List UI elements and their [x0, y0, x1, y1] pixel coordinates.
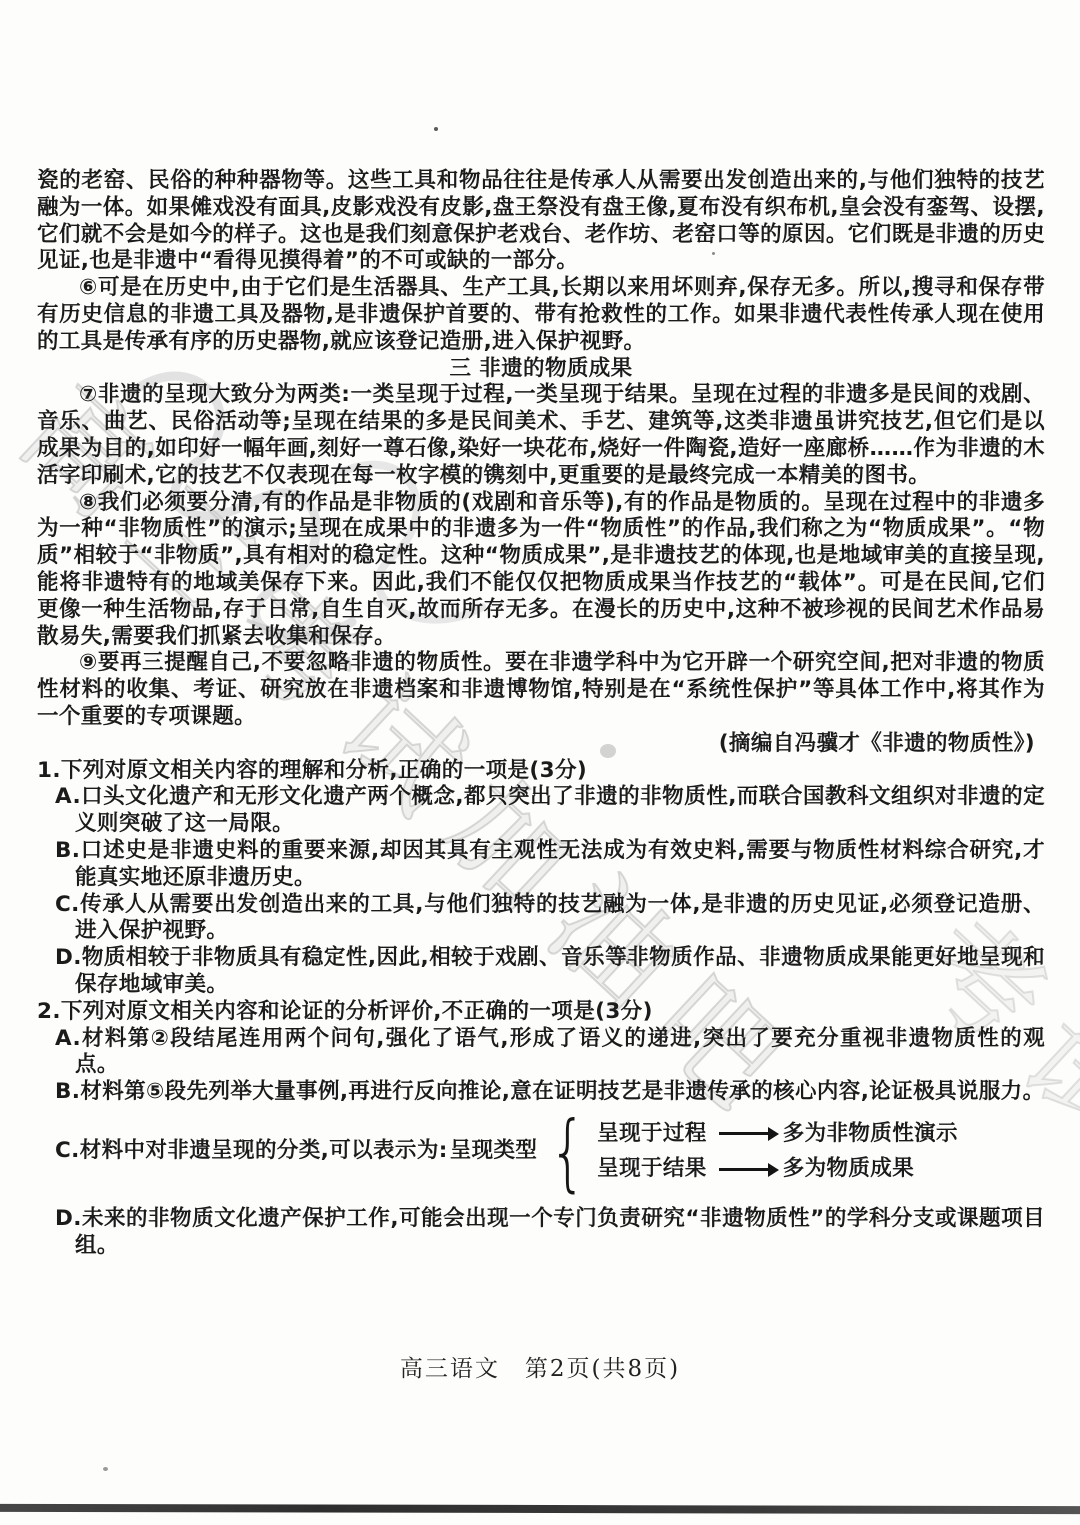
presentation-type-diagram: 呈现类型 { 呈现于过程 多为非物质性演示 呈现于结果 多为物质成果: [448, 1110, 958, 1194]
question-1-option-a: A.口头文化遗产和无形文化遗产两个概念,都只突出了非遗的非物质性,而联合国教科文…: [37, 784, 1045, 838]
source-attribution: (摘编自冯骥才《非遗的物质性》): [37, 731, 1045, 758]
page-footer: 高三语文 第2页(共8页): [0, 1350, 1080, 1383]
passage-paragraph-7: ⑦非遗的呈现大致分为两类:一类呈现于过程,一类呈现于结果。呈现在过程的非遗多是民…: [37, 382, 1045, 489]
diagram-row-process: 呈现于过程 多为非物质性演示: [597, 1121, 958, 1148]
section-heading: 三 非遗的物质成果: [37, 356, 1045, 383]
passage-paragraph-9: ⑨要再三提醒自己,不要忽略非遗的物质性。要在非遗学科中为它开辟一个研究空间,把对…: [37, 650, 1045, 730]
scan-speck: [434, 127, 438, 131]
scan-speck: [626, 961, 629, 964]
question-2-option-c: C.材料中对非遗呈现的分类,可以表示为: 呈现类型 { 呈现于过程 多为非物质性…: [37, 1110, 1045, 1194]
scan-speck: [103, 1467, 108, 1471]
diagram-label: 呈现类型: [448, 1138, 538, 1165]
diagram-rows: 呈现于过程 多为非物质性演示 呈现于结果 多为物质成果: [597, 1121, 958, 1184]
question-2-option-a: A.材料第②段结尾连用两个问句,强化了语气,形成了语义的递进,突出了要充分重视非…: [37, 1026, 1045, 1080]
diagram-row-2-left: 呈现于结果: [597, 1156, 707, 1183]
question-2-option-d: D.未来的非物质文化遗产保护工作,可能会出现一个专门负责研究“非遗物质性”的学科…: [37, 1206, 1045, 1260]
passage-paragraph-6: ⑥可是在历史中,由于它们是生活器具、生产工具,长期以来用坏则弃,保存无多。所以,…: [37, 275, 1045, 355]
left-brace-icon: {: [549, 1110, 587, 1194]
question-2-option-c-text: C.材料中对非遗呈现的分类,可以表示为:: [37, 1138, 448, 1165]
passage-paragraph-continuation: 瓷的老窑、民俗的种种器物等。这些工具和物品往往是传承人从需要出发创造出来的,与他…: [37, 168, 1045, 275]
passage-paragraph-8: ⑧我们必须要分清,有的作品是非物质的(戏剧和音乐等),有的作品是物质的。呈现在过…: [37, 490, 1045, 651]
question-1-option-d: D.物质相较于非物质具有稳定性,因此,相较于戏剧、音乐等非物质作品、非遗物质成果…: [37, 945, 1045, 999]
diagram-row-1-left: 呈现于过程: [597, 1121, 707, 1148]
page-content: 瓷的老窑、民俗的种种器物等。这些工具和物品往往是传承人从需要出发创造出来的,与他…: [37, 168, 1045, 1259]
question-2-option-b: B.材料第⑤段先列举大量事例,再进行反向推论,意在证明技艺是非遗传承的核心内容,…: [37, 1079, 1045, 1106]
diagram-row-2-right: 多为物质成果: [783, 1156, 914, 1183]
scan-speck: [712, 252, 715, 255]
diagram-row-result: 呈现于结果 多为物质成果: [597, 1156, 958, 1183]
right-arrow-icon: [719, 1168, 769, 1171]
question-1-option-c: C.传承人从需要出发创造出来的工具,与他们独特的技艺融为一体,是非遗的历史见证,…: [37, 892, 1045, 946]
diagram-row-1-right: 多为非物质性演示: [783, 1121, 958, 1148]
scan-edge-band: [0, 1504, 1080, 1514]
question-1-option-b: B.口述史是非遗史料的重要来源,却因其具有主观性无法成为有效史料,需要与物质性材…: [37, 838, 1045, 892]
right-arrow-icon: [719, 1132, 769, 1135]
question-1-stem: 1.下列对原文相关内容的理解和分析,正确的一项是(3分): [37, 758, 1045, 785]
question-2-stem: 2.下列对原文相关内容和论证的分析评价,不正确的一项是(3分): [37, 999, 1045, 1026]
exam-scan-page: 高三考试加油吧 考试加油吧 瓷的老窑、民俗的种种器物等。这些工具和物品往往是传承…: [0, 0, 1080, 1525]
